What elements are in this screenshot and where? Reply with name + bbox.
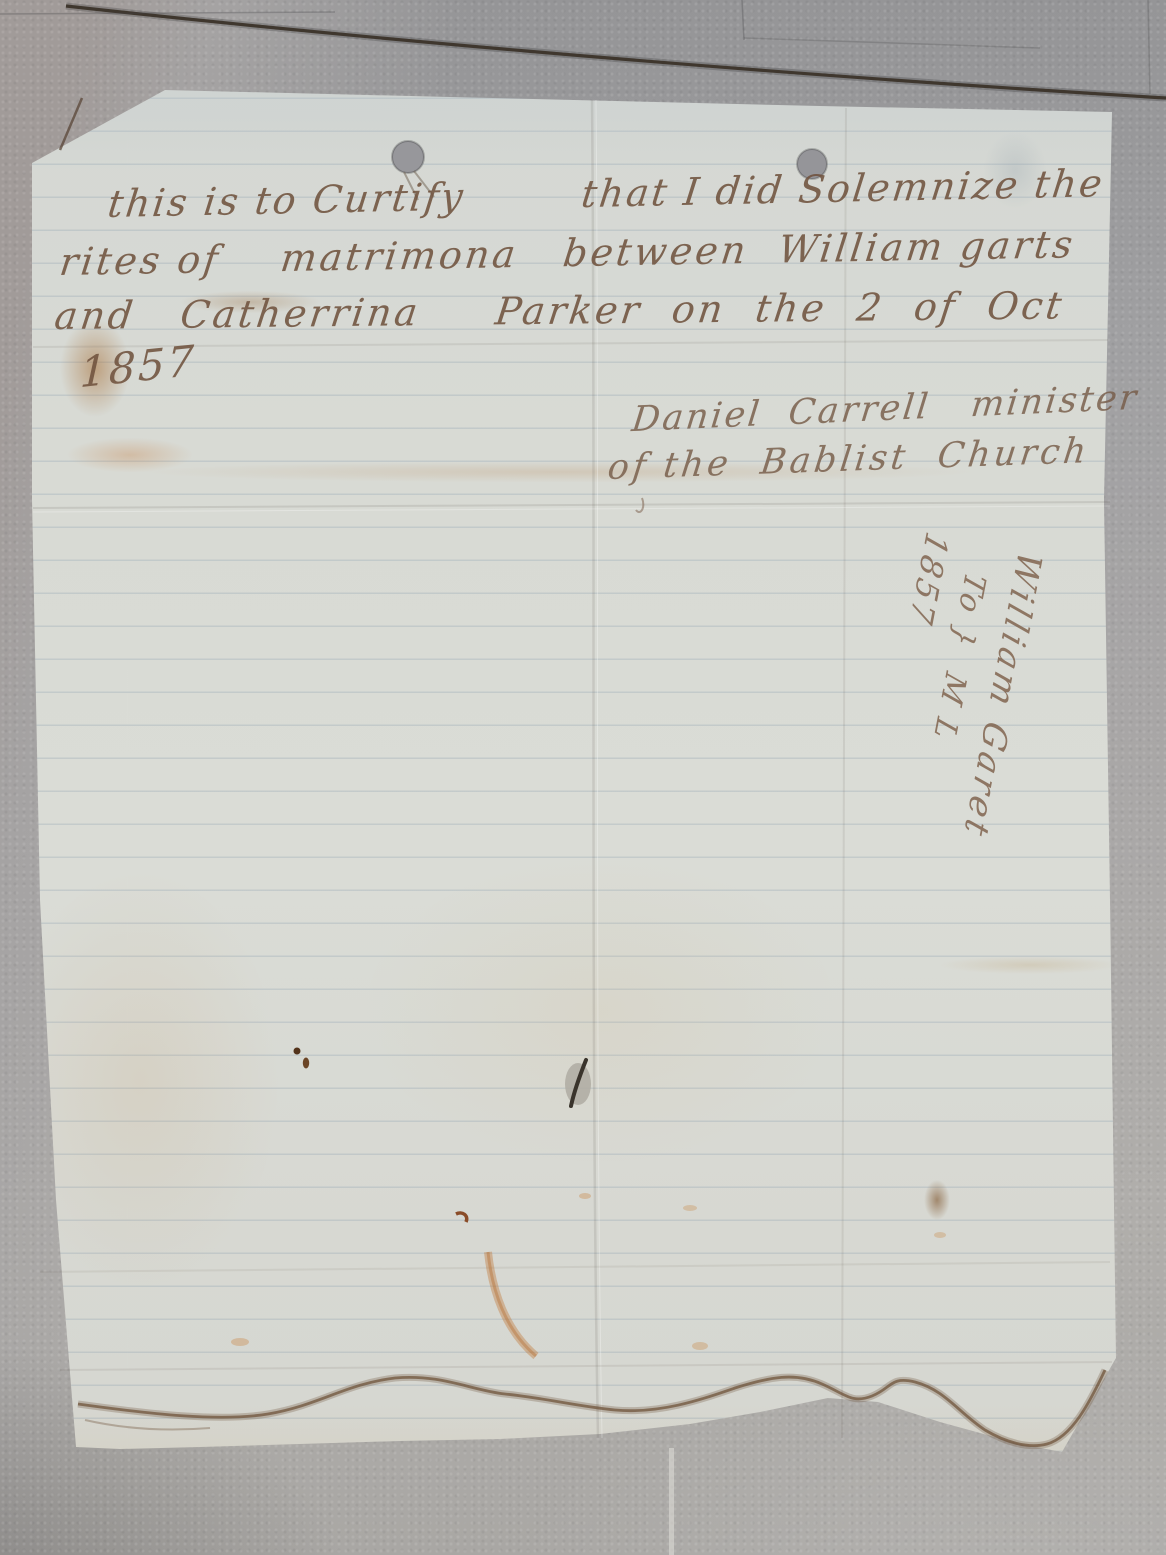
photo-of-marriage-certificate: this is to Curtify that I did Solemnize … xyxy=(0,0,1166,1555)
certificate-paper xyxy=(0,0,1166,1555)
